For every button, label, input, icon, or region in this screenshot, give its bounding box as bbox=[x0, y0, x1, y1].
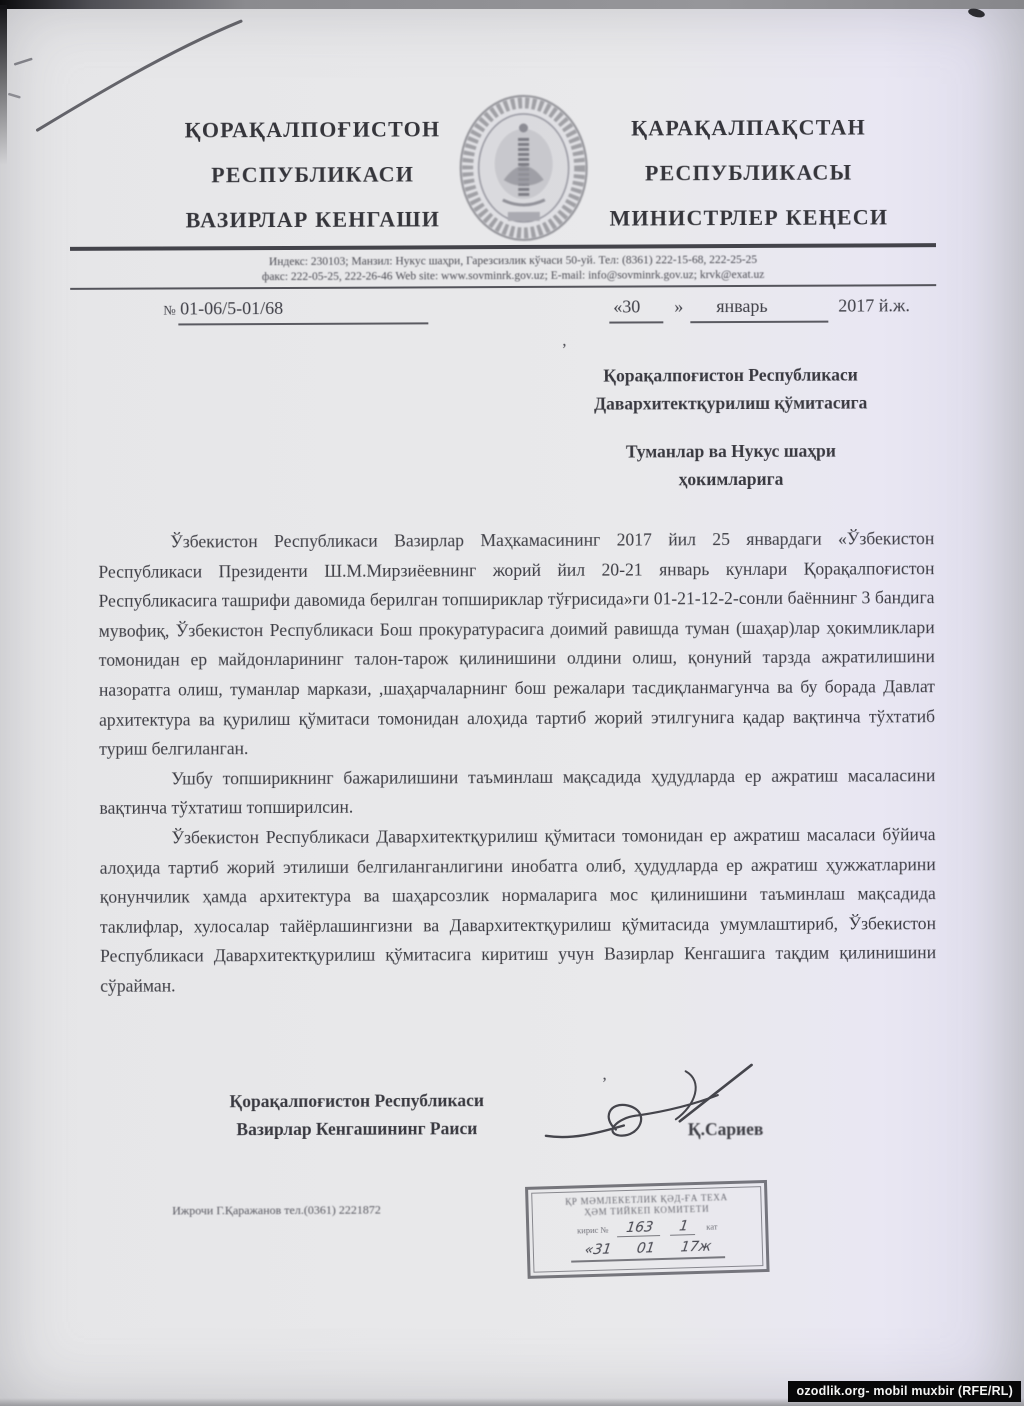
header-rule bbox=[70, 243, 936, 251]
stamp-entry-label: кирис № bbox=[577, 1225, 609, 1236]
scan-edge-top bbox=[0, 0, 1024, 9]
addressee-line4: ҳокимларига bbox=[535, 464, 927, 494]
org-title-uzbek: ҚОРАҚАЛПОҒИСТОН РЕСПУБЛИКАСИ ВАЗИРЛАР КЕ… bbox=[155, 106, 470, 242]
date-close-quote: » bbox=[674, 296, 683, 317]
org-title-uzbek-line2: РЕСПУБЛИКАСИ bbox=[156, 151, 470, 197]
addressee-line2: Давархитектқурилиш қўмитасига bbox=[535, 388, 927, 418]
org-title-karakalpak-line2: РЕСПУБЛИКАСЫ bbox=[574, 149, 924, 196]
stray-apostrophe-mark: ’ bbox=[561, 340, 567, 360]
scan-edge-left bbox=[0, 5, 7, 165]
stamp-hand-day: «31 bbox=[583, 1241, 612, 1258]
org-title-karakalpak: ҚАРАҚАЛПАҚСТАН РЕСПУБЛИКАСЫ МИНИСТРЛЕР К… bbox=[573, 104, 924, 241]
reference-number-value: 01-06/5-01/68 bbox=[180, 298, 283, 318]
org-title-uzbek-line1: ҚОРАҚАЛПОҒИСТОН bbox=[155, 106, 469, 152]
date-open-quote-glyph: « bbox=[613, 297, 622, 317]
stamp-date-row: «31 01 17ж bbox=[570, 1238, 725, 1262]
signatory-title-line1: Қорақалпоғистон Республикаси bbox=[184, 1086, 530, 1116]
reference-underline bbox=[178, 322, 428, 325]
date-year: 2017 й.ж. bbox=[838, 295, 910, 316]
addressee-gap bbox=[535, 416, 927, 438]
state-emblem-icon bbox=[456, 92, 591, 245]
org-title-uzbek-line3: ВАЗИРЛАР КЕНГАШИ bbox=[156, 196, 470, 242]
body-paragraph-3: Ўзбекистон Республикаси Давархитектқурил… bbox=[100, 820, 937, 1001]
body-paragraph-1: Ўзбекистон Республикаси Вазирлар Маҳкама… bbox=[98, 524, 935, 764]
incoming-stamp-inner: ҚР МӘМЛЕКЕТЛИК ҚӘД-ҒА ТЕХА ҲӘМ ТИЙКЕП КО… bbox=[531, 1186, 763, 1273]
reference-number: № 01-06/5-01/68 bbox=[163, 298, 283, 320]
signatory-name: Қ.Сариев bbox=[688, 1119, 764, 1140]
addressee-line3: Туманлар ва Нукус шаҳри bbox=[535, 436, 927, 466]
stamp-entry-row: кирис № 163 1 кат bbox=[577, 1217, 718, 1238]
watermark: ozodlik.org- mobil muxbir (RFE/RL) bbox=[788, 1381, 1021, 1402]
stamp-entry-number: 163 bbox=[617, 1219, 662, 1237]
addressee-block: Қорақалпоғистон Республикаси Давархитект… bbox=[535, 360, 928, 494]
stamp-org-line2: ҲӘМ ТИЙКЕП КОМИТЕТИ bbox=[584, 1204, 709, 1219]
stamp-entry-unit: кат bbox=[706, 1221, 718, 1231]
contact-info: Индекс: 230103; Манзил: Нукус шаҳри, Гар… bbox=[103, 252, 923, 286]
scanned-page: ҚОРАҚАЛПОҒИСТОН РЕСПУБЛИКАСИ ВАЗИРЛАР КЕ… bbox=[0, 0, 1024, 1406]
date-month: январь bbox=[716, 296, 767, 317]
reference-number-label: № bbox=[163, 302, 175, 317]
incoming-stamp: ҚР МӘМЛЕКЕТЛИК ҚӘД-ҒА ТЕХА ҲӘМ ТИЙКЕП КО… bbox=[525, 1180, 770, 1279]
addressee-line1: Қорақалпоғистон Республикаси bbox=[535, 360, 927, 390]
date-underline-day bbox=[609, 321, 663, 323]
body-paragraph-2: Ушбу топширикнинг бажарилишини таъминлаш… bbox=[99, 761, 935, 824]
signatory-title: Қорақалпоғистон Республикаси Вазирлар Ке… bbox=[184, 1086, 530, 1144]
stamp-hand-year: 17ж bbox=[680, 1239, 713, 1256]
signatory-title-line2: Вазирлар Кенгашининг Раиси bbox=[184, 1114, 530, 1144]
org-title-karakalpak-line1: ҚАРАҚАЛПАҚСТАН bbox=[573, 104, 923, 151]
date-day: 30 bbox=[622, 296, 640, 316]
date-underline-month bbox=[690, 321, 828, 324]
letter-body: Ўзбекистон Республикаси Вазирлар Маҳкама… bbox=[98, 524, 936, 1001]
org-title-karakalpak-line3: МИНИСТРЛЕР КЕҢЕСИ bbox=[574, 194, 924, 241]
contact-line2: факс: 222-05-25, 222-26-46 Web site: www… bbox=[103, 267, 923, 286]
stamp-entry-value: 1 bbox=[670, 1218, 697, 1236]
executor-note: Ижрочи Г.Қаражанов тел.(0361) 2221872 bbox=[172, 1203, 381, 1219]
date-open-quote: «30 bbox=[613, 296, 640, 317]
stamp-hand-month: 01 bbox=[636, 1240, 656, 1257]
document-content: ҚОРАҚАЛПОҒИСТОН РЕСПУБЛИКАСИ ВАЗИРЛАР КЕ… bbox=[0, 0, 1024, 1406]
